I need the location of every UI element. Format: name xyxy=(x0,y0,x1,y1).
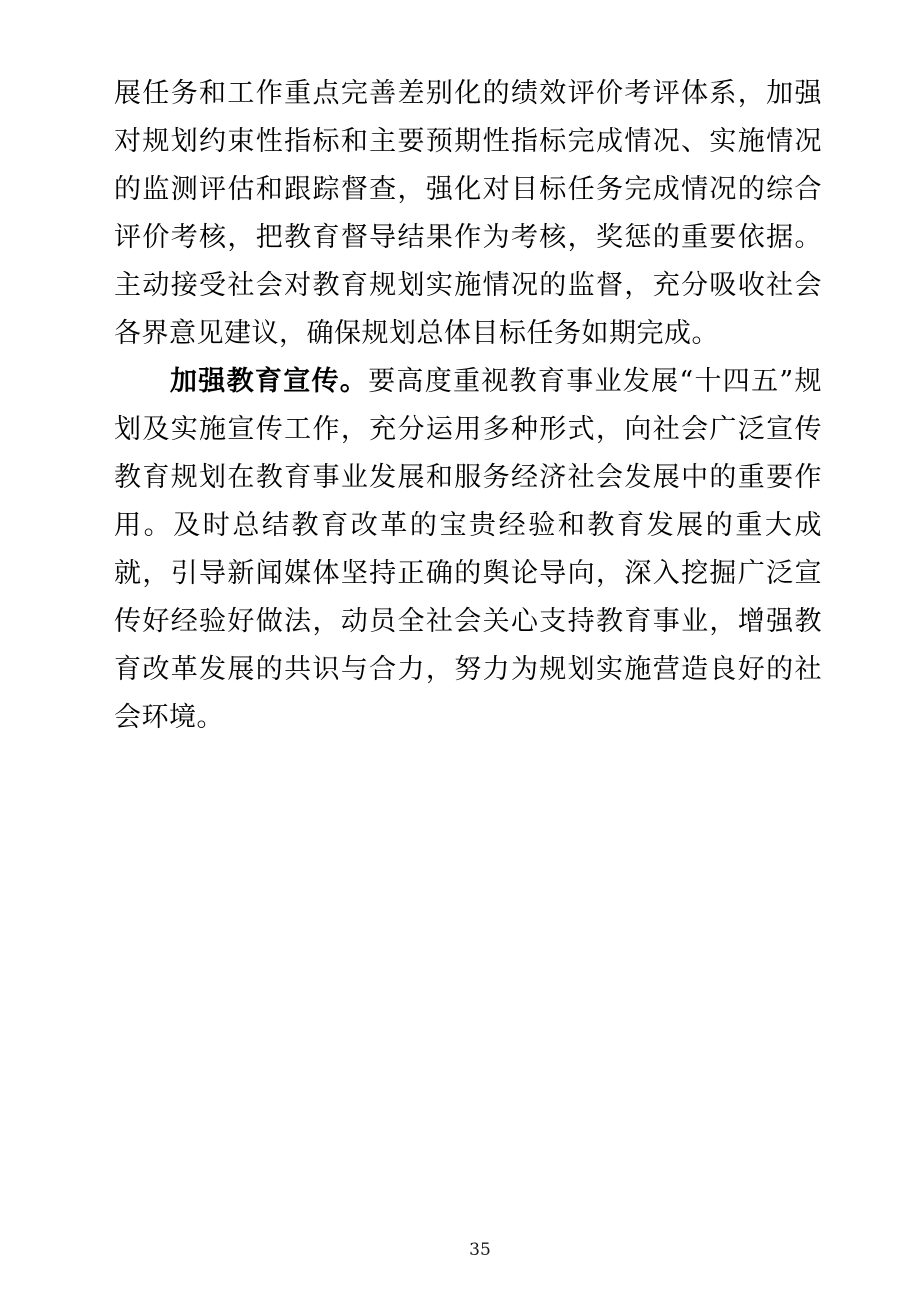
paragraph-education-publicity: 加强教育宣传。要高度重视教育事业发展“十四五”规划及实施宣传工作，充分运用多种形… xyxy=(114,358,822,742)
paragraph-bold-lead: 加强教育宣传。 xyxy=(170,366,368,397)
paragraph-text: 要高度重视教育事业发展“十四五”规划及实施宣传工作，充分运用多种形式，向社会广泛… xyxy=(114,366,822,733)
document-page: 展任务和工作重点完善差别化的绩效评价考评体系，加强对规划约束性指标和主要预期性指… xyxy=(0,0,900,1316)
paragraph-text: 展任务和工作重点完善差别化的绩效评价考评体系，加强对规划约束性指标和主要预期性指… xyxy=(114,78,822,349)
document-body-text: 展任务和工作重点完善差别化的绩效评价考评体系，加强对规划约束性指标和主要预期性指… xyxy=(114,70,822,742)
paragraph-continuation: 展任务和工作重点完善差别化的绩效评价考评体系，加强对规划约束性指标和主要预期性指… xyxy=(114,70,822,358)
page-number: 35 xyxy=(0,1240,900,1260)
